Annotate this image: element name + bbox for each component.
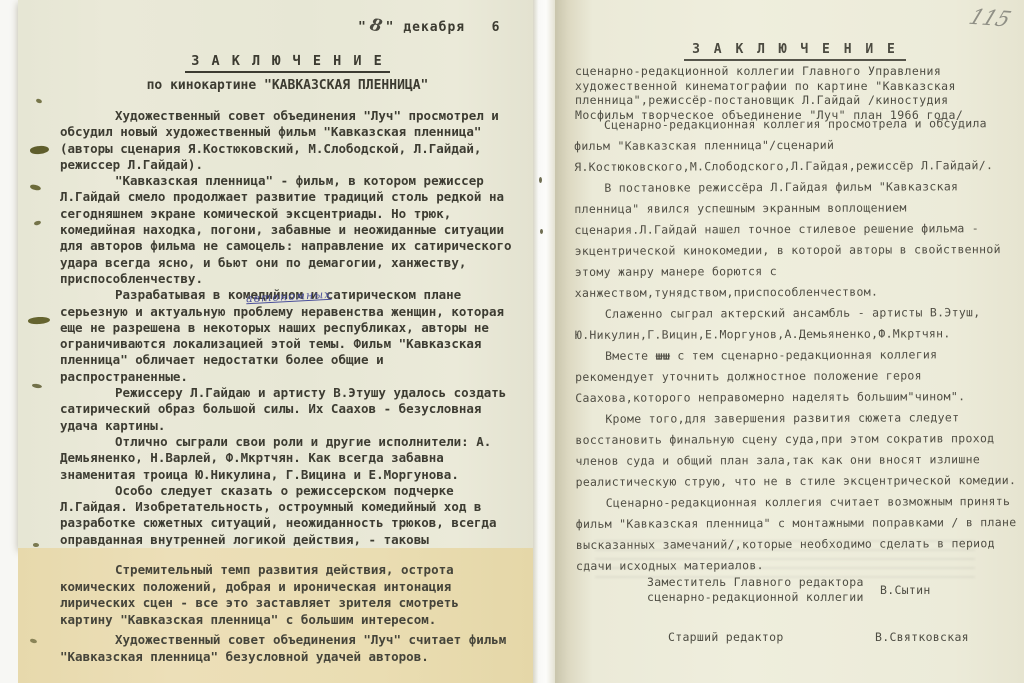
paragraph: Художественный совет объединения "Луч" с… — [60, 632, 517, 665]
paragraph: Отлично сыграли свои роли и другие испол… — [60, 434, 517, 483]
handwritten-page-number: 115 — [966, 5, 1015, 32]
paragraph: "Кавказская пленница" - фильм, в котором… — [60, 173, 517, 287]
ink-transfer-smudge — [595, 540, 975, 578]
paragraph: Художественный совет объединения "Луч" п… — [60, 108, 517, 173]
attached-note-strip: Стремительный темп развития действия, ос… — [18, 548, 533, 683]
document-scan: "8" декабря 6 З А К Л Ю Ч Е Н И Е по кин… — [0, 0, 1024, 683]
handwritten-date-day: 8 — [365, 14, 388, 38]
page-gap — [533, 0, 555, 683]
right-title: З А К Л Ю Ч Е Н И Е — [684, 42, 906, 61]
speck — [540, 229, 543, 234]
signer-role: Старший редактор — [668, 630, 784, 644]
speck — [539, 177, 542, 183]
date-line: "8" декабря 6 — [358, 16, 518, 36]
left-page: "8" декабря 6 З А К Л Ю Ч Е Н И Е по кин… — [18, 0, 533, 683]
left-subtitle: по кинокартине "КАВКАЗСКАЯ ПЛЕННИЦА" — [60, 78, 515, 93]
struck-out-text: шш — [656, 349, 671, 363]
paragraph: В постановке режиссёра Л.Гайдая фильм "К… — [574, 176, 1017, 304]
signer-name: В.Святковская — [875, 630, 969, 644]
signer-name: В.Сытин — [880, 583, 931, 597]
role-line: Заместитель Главного редактора — [647, 575, 864, 590]
note-body: Стремительный темп развития действия, ос… — [60, 562, 517, 670]
left-page-top-sheet: "8" декабря 6 З А К Л Ю Ч Е Н И Е по кин… — [18, 0, 533, 548]
left-title: З А К Л Ю Ч Е Н И Е — [185, 53, 389, 73]
left-body: Художественный совет объединения "Луч" п… — [60, 108, 517, 564]
paragraph: Слаженно сыграл актерский ансамбль - арт… — [575, 302, 1017, 346]
paragraph-with-correction: Вместе шш с тем сценарно-редакционная ко… — [575, 344, 1017, 409]
right-title-wrap: З А К Л Ю Ч Е Н И Е — [575, 38, 1015, 61]
text-segment: Вместе — [605, 349, 656, 363]
signer-role: Заместитель Главного редактора сценарно-… — [647, 575, 864, 604]
paragraph: Режиссеру Л.Гайдаю и артисту В.Этушу уда… — [60, 385, 517, 434]
role-line: сценарно-редакционной коллегии — [647, 590, 864, 605]
subtitle-line: пленница",режиссёр-постановщик Л.Гайдай … — [575, 93, 1015, 108]
subtitle-line: художественной кинематографии по картине… — [575, 79, 1015, 94]
date-month: декабря — [403, 20, 465, 35]
ink-stain — [33, 543, 39, 547]
date-year-digit: 6 — [492, 20, 501, 35]
subtitle-line: сценарно-редакционной коллегии Главного … — [575, 64, 1015, 79]
paragraph: Стремительный темп развития действия, ос… — [60, 562, 517, 628]
left-title-wrap: З А К Л Ю Ч Е Н И Е — [60, 50, 515, 73]
right-body: Сценарно-редакционная коллегия просмотре… — [574, 113, 1018, 577]
paragraph: Кроме того,для завершения развития сюжет… — [575, 407, 1017, 493]
right-page: 115 З А К Л Ю Ч Е Н И Е сценарно-редакци… — [555, 0, 1024, 683]
paragraph: Сценарно-редакционная коллегия просмотре… — [574, 113, 1016, 178]
